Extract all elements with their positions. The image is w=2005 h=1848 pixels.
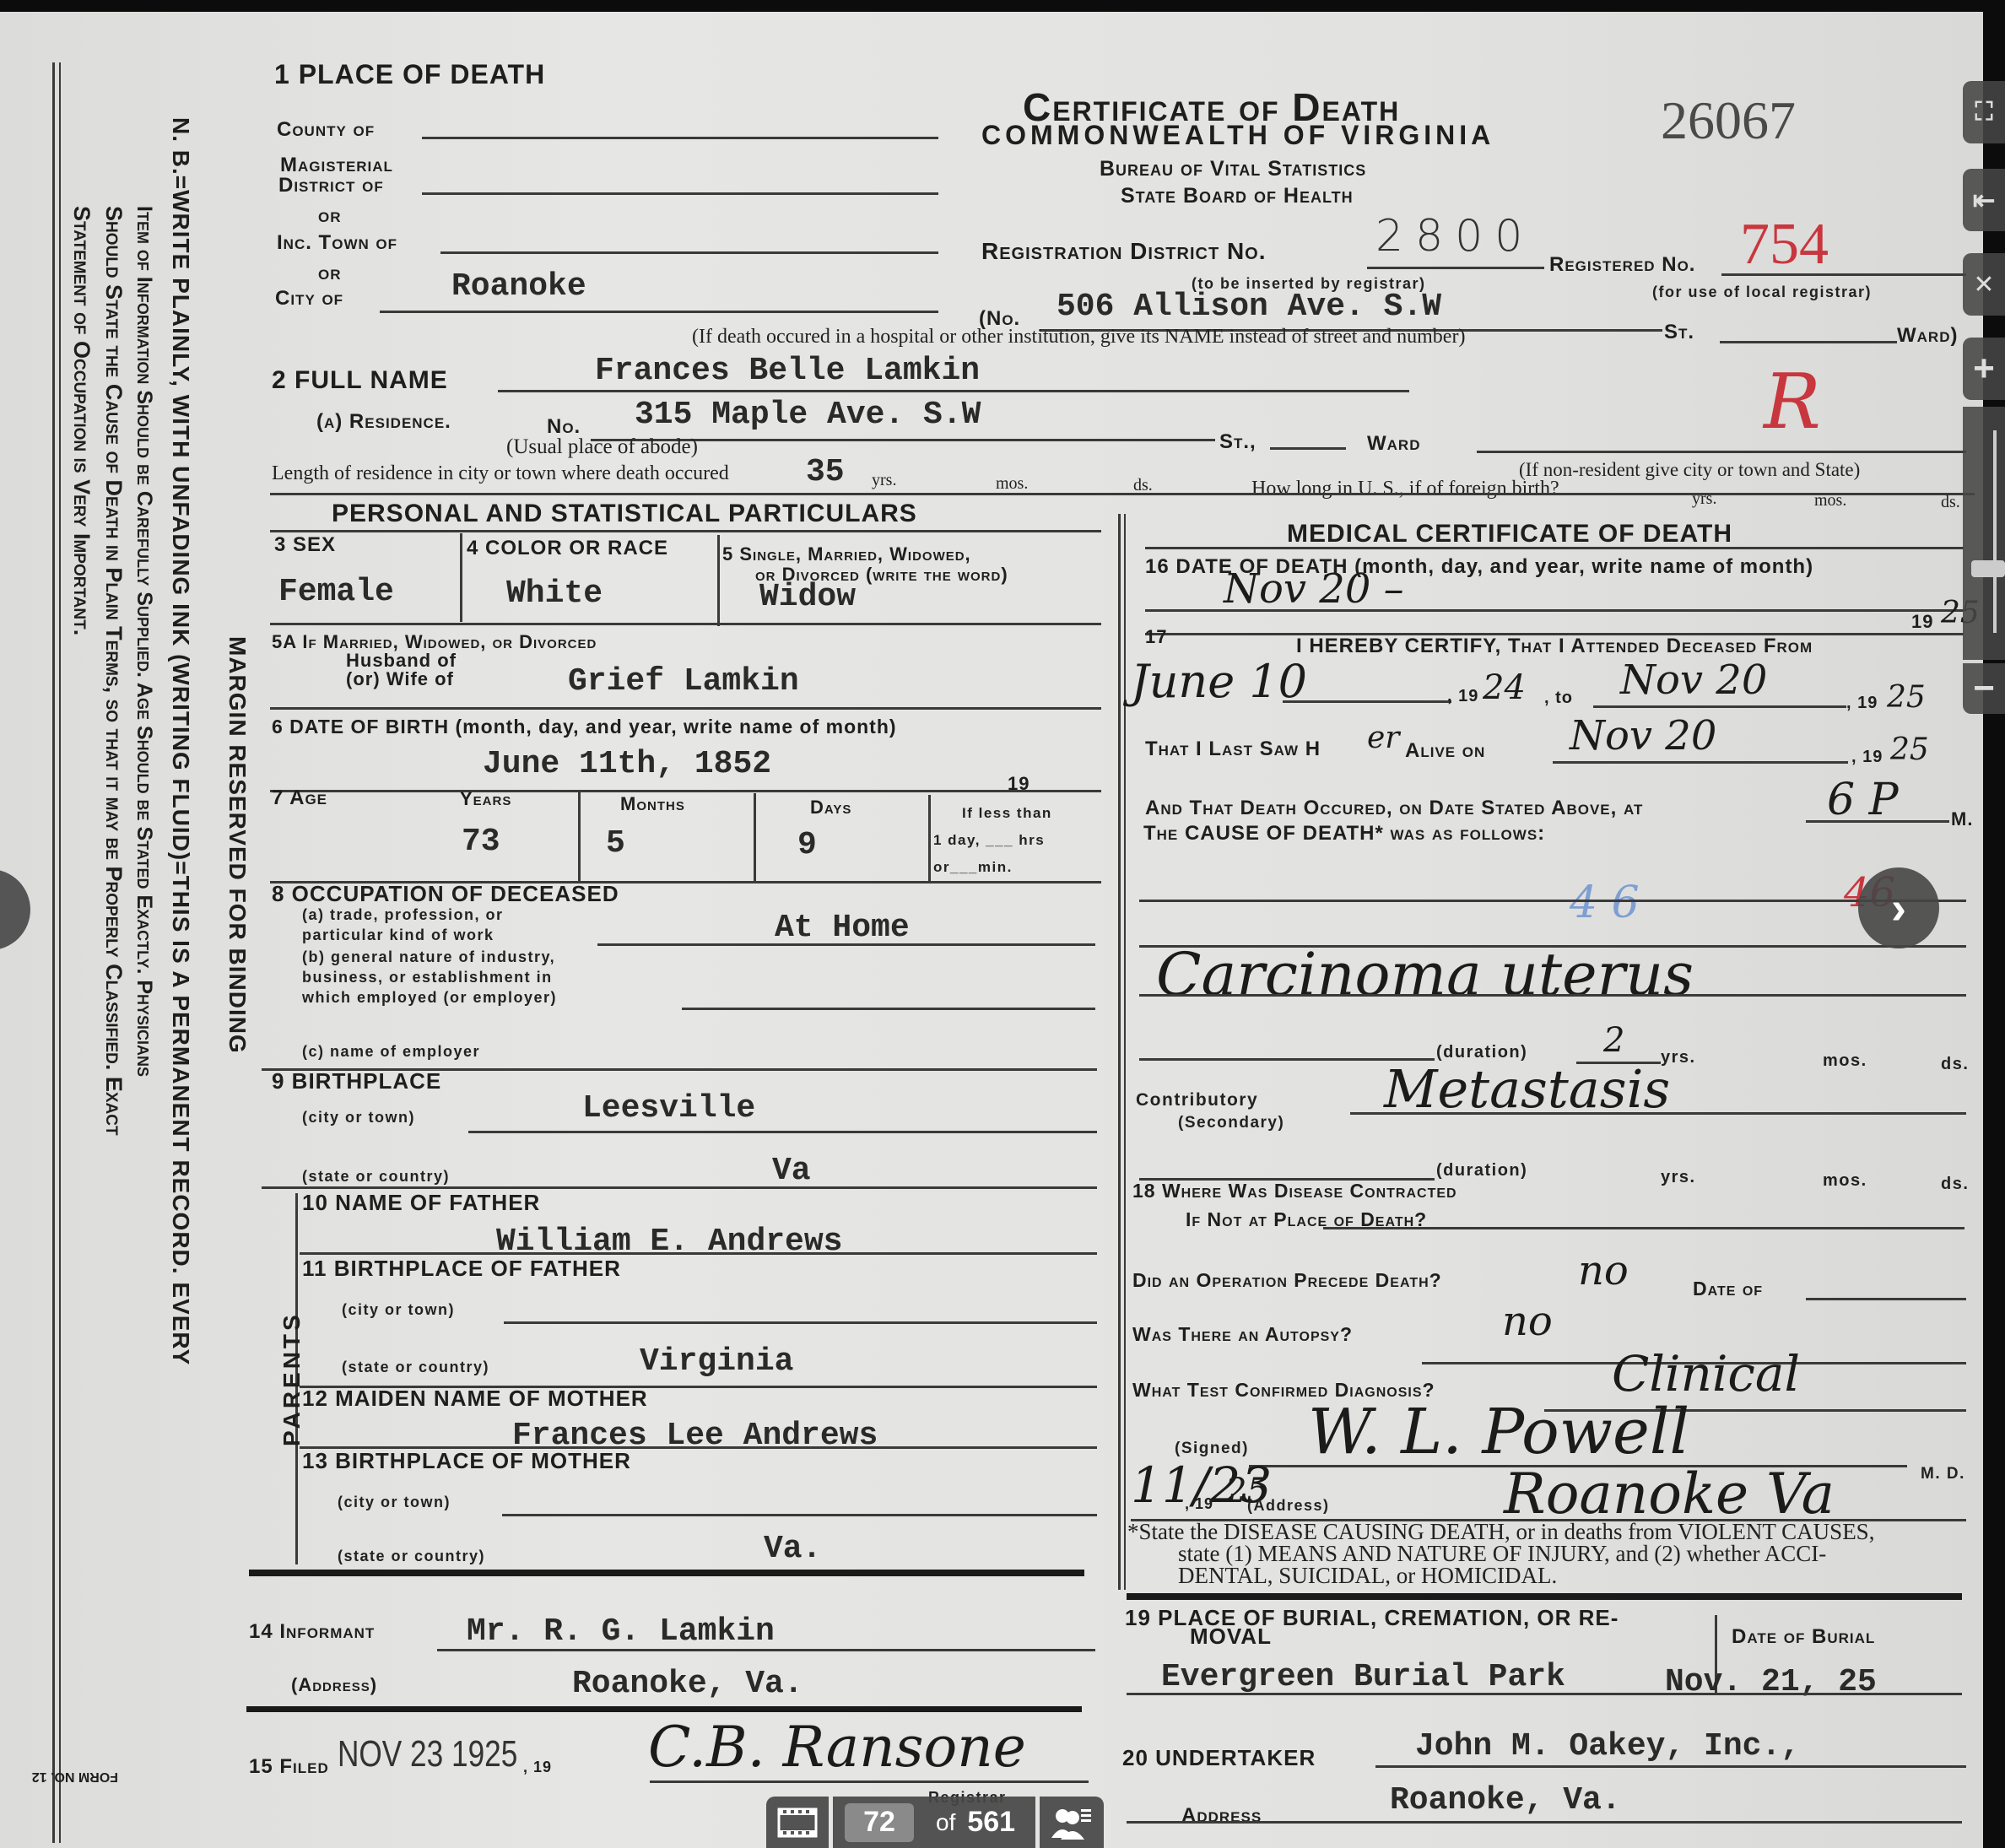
tools-icon: ✕	[1973, 270, 1994, 300]
or-label: or	[318, 204, 342, 228]
ds-label: ds.	[1941, 1175, 1969, 1194]
birthplace-city-value: Leesville	[582, 1090, 755, 1127]
commonwealth-label: COMMONWEALTH OF VIRGINIA	[981, 120, 1494, 151]
age-months-value: 5	[606, 825, 625, 862]
signed-19-label: , 19	[1185, 1495, 1213, 1513]
death-address-value: 506 Allison Ave. S.W	[1057, 289, 1441, 325]
last-saw-value: Nov 20	[1570, 712, 1716, 759]
exit-button[interactable]: ⇤	[1963, 169, 2005, 231]
death-time-value: 6 P	[1827, 775, 1899, 825]
filed-label: 15 Filed	[249, 1755, 329, 1779]
less-than-day-label: If less than	[962, 805, 1052, 822]
attended-from-value: June 10	[1131, 655, 1307, 708]
physician-address-label: (Address)	[1247, 1497, 1330, 1515]
ds-label: ds.	[1941, 1055, 1969, 1074]
burial-place-value: Evergreen Burial Park	[1161, 1659, 1565, 1695]
nb-line-3: Should State the Cause of Death in Plain…	[100, 206, 127, 1136]
cause-label: The CAUSE OF DEATH* was as follows:	[1143, 822, 1545, 846]
filmstrip-icon	[777, 1807, 818, 1838]
occupation-a-sub-label: particular kind of work	[302, 927, 494, 944]
board-label: State Board of Health	[1121, 184, 1354, 208]
occupation-b-sub-label: business, or establishment in	[302, 969, 553, 986]
personal-heading: PERSONAL AND STATISTICAL PARTICULARS	[332, 500, 917, 528]
viewer-top-edge	[0, 0, 2005, 12]
min-label: or___min.	[933, 859, 1013, 876]
date-of-death-value: Nov 20 –	[1224, 565, 1404, 613]
filmstrip-button[interactable]	[766, 1797, 829, 1848]
reg-district-label: Registration District No.	[981, 238, 1267, 265]
age-days-value: 9	[797, 827, 817, 863]
test-value: Clinical	[1612, 1345, 1800, 1402]
filed-19-label: , 19	[523, 1759, 552, 1776]
burial-place-sub-label: MOVAL	[1190, 1624, 1272, 1650]
contracted-label: 18 Where Was Disease Contracted	[1132, 1180, 1457, 1202]
last-saw-label: That I Last Saw H	[1145, 738, 1321, 761]
district-label: District of	[278, 174, 384, 197]
marital-value: Widow	[759, 579, 856, 615]
foreign-birth-label: How long in U. S., if of foreign birth?	[1251, 478, 1559, 500]
spouse-value: Grief Lamkin	[568, 663, 799, 700]
last-19-label: , 19	[1851, 748, 1883, 767]
informant-label: 14 Informant	[249, 1620, 375, 1644]
document-image: N. B.=WRITE PLAINLY, WITH UNFADING INK (…	[0, 12, 1983, 1848]
filed-date-stamp: NOV 23 1925	[338, 1733, 517, 1775]
employer-label: (c) name of employer	[302, 1043, 480, 1061]
inc-town-label: Inc. Town of	[277, 231, 397, 255]
blue-annotation: 4 6	[1570, 878, 1640, 928]
mother-state-value: Va.	[764, 1531, 821, 1567]
chevron-right-icon: ›	[1891, 882, 1906, 934]
mos-label: mos.	[1823, 1171, 1867, 1191]
signed-label: (Signed)	[1175, 1440, 1249, 1458]
red-mark: R	[1764, 358, 1821, 446]
days-label: Days	[810, 797, 851, 819]
from-19-label: , 19	[1447, 687, 1478, 706]
operation-value: no	[1578, 1247, 1629, 1294]
nb-line-4: Statement of Occupation is Very Importan…	[68, 206, 95, 635]
dob-label: 6 DATE OF BIRTH (month, day, and year, w…	[272, 716, 897, 738]
hospital-note: (If death occured in a hospital or other…	[692, 326, 1465, 349]
m-label: M.	[1951, 808, 1973, 830]
county-label: County of	[277, 118, 375, 142]
fullscreen-icon: ⛶	[1975, 98, 1993, 127]
mother-city-label: (city or town)	[338, 1494, 451, 1511]
occupation-a-label: (a) trade, profession, or	[302, 906, 504, 924]
of-label: of	[936, 1809, 955, 1836]
registered-no-label: Registered No.	[1549, 253, 1695, 277]
months-label: Months	[620, 793, 685, 815]
ward-label: Ward)	[1897, 324, 1958, 348]
race-label: 4 COLOR OR RACE	[467, 537, 668, 560]
margin-rule	[52, 62, 55, 1843]
birthplace-label: 9 BIRTHPLACE	[272, 1068, 441, 1094]
contributory-label: Contributory	[1136, 1090, 1258, 1110]
dob-value: June 11th, 1852	[483, 746, 771, 782]
father-birthplace-label: 11 BIRTHPLACE OF FATHER	[302, 1256, 621, 1282]
dod-19-label: 19	[1911, 611, 1933, 633]
residence-label: (a) Residence.	[316, 410, 451, 434]
fullscreen-button[interactable]: ⛶	[1963, 81, 2005, 143]
binding-note: MARGIN RESERVED FOR BINDING	[224, 636, 251, 1054]
registered-no-note: (for use of local registrar)	[1652, 284, 1872, 301]
certify-text: I HEREBY CERTIFY, That I Attended Deceas…	[1296, 635, 1813, 658]
full-name-value: Frances Belle Lamkin	[595, 353, 980, 389]
wife-label: (or) Wife of	[346, 668, 454, 690]
years-label: Years	[460, 788, 511, 810]
nb-line-1: N. B.=WRITE PLAINLY, WITH UNFADING INK (…	[167, 117, 194, 1365]
attended-to-year: 25	[1887, 680, 1926, 715]
bureau-label: Bureau of Vital Statistics	[1100, 157, 1366, 181]
parents-side-label: PARENTS	[278, 1311, 305, 1446]
form-number: FORM NO. 12	[32, 1769, 118, 1784]
operation-label: Did an Operation Precede Death?	[1132, 1269, 1442, 1292]
stamp-number: 26067	[1661, 89, 1796, 152]
residence-ward-label: Ward	[1367, 432, 1420, 456]
informant-address-label: (Address)	[291, 1674, 377, 1696]
residence-st-label: St.,	[1219, 430, 1257, 454]
full-name-label: 2 FULL NAME	[272, 366, 448, 395]
arrow-left-icon: ⇤	[1973, 184, 1996, 216]
alive-on-label: Alive on	[1405, 739, 1485, 763]
physician-signature: W. L. Powell	[1308, 1396, 1689, 1468]
cause-of-death-value: Carcinoma uterus	[1156, 940, 1694, 1009]
father-state-value: Virginia	[640, 1343, 793, 1380]
yrs-label: yrs.	[1661, 1168, 1696, 1187]
nb-line-2: Item of Information Should be Carefully …	[132, 206, 156, 1077]
informant-address-value: Roanoke, Va.	[572, 1666, 803, 1702]
zoom-slider-track	[1993, 430, 1997, 633]
people-list-icon	[1051, 1806, 1093, 1840]
st-label: St.	[1664, 321, 1694, 344]
tools-button[interactable]: ✕	[1963, 253, 2005, 316]
occupation-b-label: (b) general nature of industry,	[302, 948, 555, 966]
city-label: City of	[275, 287, 343, 311]
last-saw-pronoun: er	[1367, 721, 1400, 755]
birthplace-state-value: Va	[772, 1153, 811, 1189]
zoom-slider[interactable]	[1963, 407, 2005, 660]
zoom-in-button[interactable]: +	[1963, 338, 2005, 400]
medical-heading: MEDICAL CERTIFICATE OF DEATH	[1287, 520, 1732, 548]
minus-icon: −	[1973, 667, 1995, 710]
length-residence-label: Length of residence in city or town wher…	[272, 462, 729, 485]
registered-no-value: 754	[1740, 211, 1829, 278]
registrar-signature: C.B. Ransone	[648, 1715, 1026, 1780]
sex-value: Female	[278, 574, 394, 610]
total-pages: 561	[967, 1806, 1015, 1839]
autopsy-value: no	[1502, 1298, 1553, 1345]
zoom-slider-handle[interactable]	[1971, 560, 2005, 577]
birthplace-city-label: (city or town)	[302, 1109, 415, 1127]
physician-address-value: Roanoke Va	[1504, 1462, 1835, 1526]
birthplace-state-label: (state or country)	[302, 1168, 450, 1186]
length-residence-value: 35	[806, 454, 845, 490]
marital-label: 5 Single, Married, Widowed,	[722, 543, 971, 565]
undertaker-address-value: Roanoke, Va.	[1390, 1782, 1621, 1818]
mos-label: mos.	[996, 474, 1028, 494]
age-label: 7 Age	[272, 786, 327, 810]
contributory-value: Metastasis	[1384, 1058, 1670, 1120]
attended-from-year: 24	[1483, 668, 1526, 707]
md-label: M. D.	[1921, 1465, 1965, 1483]
last-saw-year: 25	[1890, 732, 1929, 767]
duration-label: (duration)	[1436, 1161, 1527, 1181]
occupation-b-sub-label: which employed (or employer)	[302, 989, 557, 1007]
duration-years-value: 2	[1603, 1021, 1624, 1060]
mos-label: mos.	[1823, 1051, 1867, 1071]
people-index-button[interactable]	[1040, 1797, 1104, 1848]
yrs-label: yrs.	[872, 471, 896, 490]
burial-date-label: Date of Burial	[1732, 1625, 1875, 1649]
secondary-label: (Secondary)	[1178, 1114, 1284, 1132]
attended-to-value: Nov 20	[1620, 657, 1767, 704]
reg-district-value: 2800	[1375, 211, 1534, 262]
mother-label: 12 MAIDEN NAME OF MOTHER	[302, 1386, 648, 1412]
plus-icon: +	[1973, 348, 1995, 390]
hrs-label: 1 day, ___ hrs	[933, 832, 1045, 849]
ds-label: ds.	[1941, 493, 1960, 512]
mother-birthplace-label: 13 BIRTHPLACE OF MOTHER	[302, 1448, 631, 1474]
father-label: 10 NAME OF FATHER	[302, 1190, 540, 1216]
informant-value: Mr. R. G. Lamkin	[467, 1613, 775, 1650]
city-value: Roanoke	[451, 268, 586, 305]
margin-rule	[59, 62, 61, 1843]
undertaker-address-label: Address	[1181, 1804, 1262, 1828]
race-value: White	[506, 575, 603, 612]
item-17-number: 17	[1145, 626, 1167, 648]
occured-label: And That Death Occured, on Date Stated A…	[1145, 797, 1643, 820]
sex-label: 3 SEX	[274, 533, 336, 557]
or-label: or	[318, 262, 342, 285]
father-state-label: (state or country)	[342, 1359, 489, 1376]
mother-state-label: (state or country)	[338, 1548, 485, 1565]
operation-date-label: Date of	[1693, 1278, 1763, 1300]
next-page-button[interactable]: ›	[1858, 867, 1939, 948]
occupation-value: At Home	[775, 910, 910, 946]
age-years-value: 73	[462, 824, 500, 860]
place-of-death-heading: 1 PLACE OF DEATH	[274, 59, 545, 90]
nonresident-note: (If non-resident give city or town and S…	[1519, 459, 1860, 481]
to-19-label: , 19	[1846, 694, 1878, 713]
footnote-line-3: DENTAL, SUICIDAL, or HOMICIDAL.	[1178, 1563, 1557, 1589]
occupation-heading: 8 OCCUPATION OF DECEASED	[272, 881, 619, 907]
residence-value: 315 Maple Ave. S.W	[635, 397, 981, 433]
zoom-out-button[interactable]: −	[1963, 663, 2005, 714]
autopsy-label: Was There an Autopsy?	[1132, 1323, 1353, 1346]
to-label: , to	[1544, 689, 1573, 708]
undertaker-label: 20 UNDERTAKER	[1122, 1745, 1316, 1771]
page-indicator: 72 of 561	[833, 1797, 1035, 1848]
undertaker-value: John M. Oakey, Inc.,	[1415, 1728, 1800, 1764]
father-city-label: (city or town)	[342, 1301, 455, 1319]
abode-note: (Usual place of abode)	[506, 435, 698, 459]
current-page-input[interactable]: 72	[845, 1803, 914, 1842]
